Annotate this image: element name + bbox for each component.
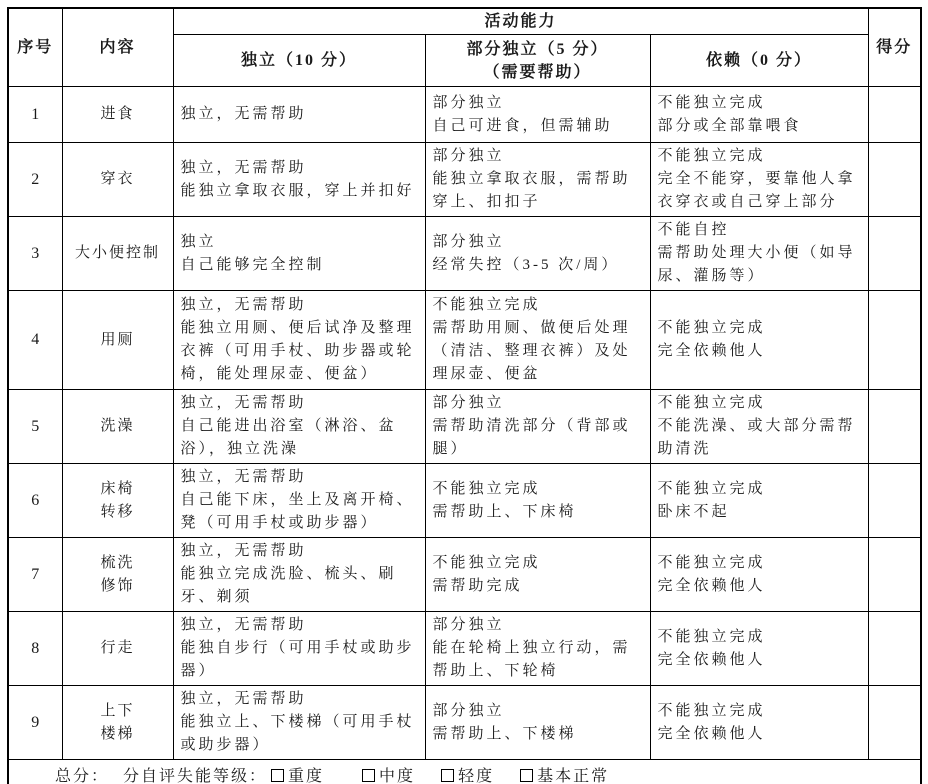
grade-option-normal[interactable]: 基本正常 bbox=[520, 763, 609, 784]
header-col-independent: 独立（10 分） bbox=[173, 35, 425, 87]
header-col-score: 得分 bbox=[868, 8, 921, 87]
score-cell[interactable] bbox=[868, 143, 921, 217]
partial-cell: 不能独立完成 需帮助完成 bbox=[425, 538, 650, 612]
partial-cell: 部分独立 能独立拿取衣服，需帮助穿上、扣扣子 bbox=[425, 143, 650, 217]
score-cell[interactable] bbox=[868, 538, 921, 612]
table-row: 7 梳洗 修饰 独立，无需帮助 能独立完成洗脸、梳头、刷牙、剃须 不能独立完成 … bbox=[8, 538, 921, 612]
partial-cell: 部分独立 自己可进食，但需辅助 bbox=[425, 87, 650, 143]
table-row: 6 床椅 转移 独立，无需帮助 自己能下床，坐上及离开椅、凳（可用手杖或助步器）… bbox=[8, 464, 921, 538]
partial-cell: 部分独立 需帮助上、下楼梯 bbox=[425, 686, 650, 760]
score-cell[interactable] bbox=[868, 87, 921, 143]
grade-option-label: 中度 bbox=[379, 768, 415, 784]
grade-option-label: 重度 bbox=[288, 768, 324, 784]
dependent-cell: 不能独立完成 不能洗澡、或大部分需帮助清洗 bbox=[650, 390, 868, 464]
item-cell: 用厕 bbox=[62, 291, 173, 390]
partial-cell: 不能独立完成 需帮助用厕、做便后处理（清洁、整理衣裤）及处理尿壶、便盆 bbox=[425, 291, 650, 390]
header-col-item: 内容 bbox=[62, 8, 173, 87]
serial-cell: 2 bbox=[8, 143, 62, 217]
grade-option-label: 轻度 bbox=[458, 768, 494, 784]
dependent-cell: 不能独立完成 完全依赖他人 bbox=[650, 291, 868, 390]
adl-table: 序号 内容 活动能力 得分 独立（10 分） 部分独立（5 分） （需要帮助） … bbox=[7, 7, 922, 784]
header-col-serial: 序号 bbox=[8, 8, 62, 87]
independent-cell: 独立，无需帮助 能独自步行（可用手杖或助步器） bbox=[173, 612, 425, 686]
grade-option-mild[interactable]: 轻度 bbox=[441, 763, 494, 784]
adl-assessment-form: 序号 内容 活动能力 得分 独立（10 分） 部分独立（5 分） （需要帮助） … bbox=[0, 0, 928, 784]
header-group-ability: 活动能力 bbox=[173, 8, 868, 35]
independent-cell: 独立 自己能够完全控制 bbox=[173, 217, 425, 291]
serial-cell: 9 bbox=[8, 686, 62, 760]
independent-cell: 独立，无需帮助 自己能下床，坐上及离开椅、凳（可用手杖或助步器） bbox=[173, 464, 425, 538]
total-score-cell: 总分：分自评失能等级：重度中度轻度基本正常 bbox=[8, 760, 921, 784]
header-col-dependent: 依赖（0 分） bbox=[650, 35, 868, 87]
partial-cell: 不能独立完成 需帮助上、下床椅 bbox=[425, 464, 650, 538]
independent-cell: 独立，无需帮助 自己能进出浴室（淋浴、盆浴），独立洗澡 bbox=[173, 390, 425, 464]
serial-cell: 4 bbox=[8, 291, 62, 390]
table-row: 9 上下 楼梯 独立，无需帮助 能独立上、下楼梯（可用手杖或助步器） 部分独立 … bbox=[8, 686, 921, 760]
independent-cell: 独立，无需帮助 能独立上、下楼梯（可用手杖或助步器） bbox=[173, 686, 425, 760]
header-col-partial: 部分独立（5 分） （需要帮助） bbox=[425, 35, 650, 87]
checkbox-severe-icon[interactable] bbox=[271, 769, 284, 782]
serial-cell: 6 bbox=[8, 464, 62, 538]
independent-cell: 独立，无需帮助 bbox=[173, 87, 425, 143]
total-score-label: 总分： bbox=[55, 768, 109, 784]
item-cell: 洗澡 bbox=[62, 390, 173, 464]
serial-cell: 5 bbox=[8, 390, 62, 464]
dependent-cell: 不能独立完成 完全依赖他人 bbox=[650, 686, 868, 760]
item-cell: 大小便控制 bbox=[62, 217, 173, 291]
table-row: 2 穿衣 独立，无需帮助 能独立拿取衣服，穿上并扣好 部分独立 能独立拿取衣服，… bbox=[8, 143, 921, 217]
independent-cell: 独立，无需帮助 能独立完成洗脸、梳头、刷牙、剃须 bbox=[173, 538, 425, 612]
score-cell[interactable] bbox=[868, 291, 921, 390]
table-row: 5 洗澡 独立，无需帮助 自己能进出浴室（淋浴、盆浴），独立洗澡 部分独立 需帮… bbox=[8, 390, 921, 464]
item-cell: 上下 楼梯 bbox=[62, 686, 173, 760]
score-cell[interactable] bbox=[868, 464, 921, 538]
item-cell: 梳洗 修饰 bbox=[62, 538, 173, 612]
dependent-cell: 不能自控 需帮助处理大小便（如导尿、灌肠等） bbox=[650, 217, 868, 291]
independent-cell: 独立，无需帮助 能独立用厕、便后试净及整理衣裤（可用手杖、助步器或轮椅，能处理尿… bbox=[173, 291, 425, 390]
item-cell: 进食 bbox=[62, 87, 173, 143]
score-cell[interactable] bbox=[868, 612, 921, 686]
dependent-cell: 不能独立完成 卧床不起 bbox=[650, 464, 868, 538]
grade-option-moderate[interactable]: 中度 bbox=[362, 763, 415, 784]
dependent-cell: 不能独立完成 部分或全部靠喂食 bbox=[650, 87, 868, 143]
dependent-cell: 不能独立完成 完全依赖他人 bbox=[650, 538, 868, 612]
score-cell[interactable] bbox=[868, 390, 921, 464]
checkbox-moderate-icon[interactable] bbox=[362, 769, 375, 782]
item-cell: 床椅 转移 bbox=[62, 464, 173, 538]
partial-cell: 部分独立 经常失控（3-5 次/周） bbox=[425, 217, 650, 291]
dependent-cell: 不能独立完成 完全依赖他人 bbox=[650, 612, 868, 686]
total-score-row: 总分：分自评失能等级：重度中度轻度基本正常 bbox=[8, 760, 921, 784]
checkbox-normal-icon[interactable] bbox=[520, 769, 533, 782]
checkbox-mild-icon[interactable] bbox=[441, 769, 454, 782]
item-cell: 穿衣 bbox=[62, 143, 173, 217]
score-cell[interactable] bbox=[868, 686, 921, 760]
grade-option-severe[interactable]: 重度 bbox=[271, 763, 324, 784]
partial-cell: 部分独立 能在轮椅上独立行动，需帮助上、下轮椅 bbox=[425, 612, 650, 686]
independent-cell: 独立，无需帮助 能独立拿取衣服，穿上并扣好 bbox=[173, 143, 425, 217]
score-cell[interactable] bbox=[868, 217, 921, 291]
serial-cell: 7 bbox=[8, 538, 62, 612]
table-row: 4 用厕 独立，无需帮助 能独立用厕、便后试净及整理衣裤（可用手杖、助步器或轮椅… bbox=[8, 291, 921, 390]
table-row: 8 行走 独立，无需帮助 能独自步行（可用手杖或助步器） 部分独立 能在轮椅上独… bbox=[8, 612, 921, 686]
item-cell: 行走 bbox=[62, 612, 173, 686]
grade-label: 分自评失能等级： bbox=[123, 768, 267, 784]
dependent-cell: 不能独立完成 完全不能穿，要靠他人拿衣穿衣或自己穿上部分 bbox=[650, 143, 868, 217]
serial-cell: 3 bbox=[8, 217, 62, 291]
partial-cell: 部分独立 需帮助清洗部分（背部或腿） bbox=[425, 390, 650, 464]
table-row: 1 进食 独立，无需帮助 部分独立 自己可进食，但需辅助 不能独立完成 部分或全… bbox=[8, 87, 921, 143]
table-row: 3 大小便控制 独立 自己能够完全控制 部分独立 经常失控（3-5 次/周） 不… bbox=[8, 217, 921, 291]
serial-cell: 1 bbox=[8, 87, 62, 143]
serial-cell: 8 bbox=[8, 612, 62, 686]
grade-option-label: 基本正常 bbox=[537, 768, 609, 784]
